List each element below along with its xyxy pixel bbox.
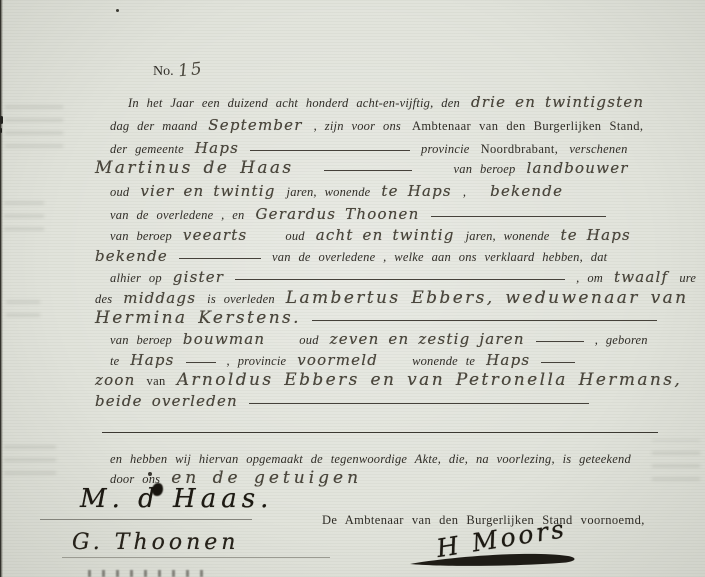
handwritten-entry: bekende [95, 247, 168, 265]
ink-fleck [116, 9, 119, 12]
printed-text: jaren, wonende [287, 185, 371, 199]
section-divider [102, 432, 658, 433]
deed-line: bekende van de overledene , welke aan on… [95, 247, 607, 266]
handwritten-entry: bouwman [183, 330, 265, 348]
handwritten-entry: voormeld [297, 351, 378, 369]
blank-rule [312, 310, 657, 321]
bleedthrough-smudge [4, 200, 44, 230]
printed-text: In het Jaar een duizend acht honderd ach… [128, 96, 460, 110]
blank-rule [235, 269, 565, 280]
binding-nub [0, 116, 3, 124]
blank-rule [249, 393, 589, 404]
clipped-signature-fragment [88, 570, 208, 577]
signature-underline [62, 557, 330, 558]
printed-text: verschenen [569, 142, 627, 156]
deed-line: des middags is overleden Lambertus Ebber… [95, 288, 689, 308]
handwritten-entry: gister [173, 268, 224, 286]
blank-rule [250, 140, 410, 151]
printed-text: des [95, 292, 112, 306]
blank-rule [541, 352, 575, 363]
blank-rule [431, 206, 606, 217]
handwritten-entry: twaalf [614, 268, 668, 286]
blank-rule [536, 331, 584, 342]
printed-text: oud [299, 333, 318, 347]
deed-line: In het Jaar een duizend acht honderd ach… [128, 93, 644, 112]
act-number-value: 15 [177, 59, 205, 82]
printed-text: van de overledene , en [110, 208, 245, 222]
handwritten-entry: Martinus de Haas [95, 158, 294, 178]
closing-line: en hebben wij hiervan opgemaakt de tegen… [110, 450, 631, 468]
printed-text: oud [285, 229, 304, 243]
bleedthrough-smudge [5, 105, 63, 147]
printed-text: dag der maand [110, 119, 197, 133]
deed-line: te Haps , provincie voormeld wonende te … [110, 351, 575, 370]
handwritten-entry: landbouwer [526, 159, 628, 177]
blank-rule [179, 248, 261, 259]
witness-signature-2: G. Thoonen [72, 530, 239, 555]
printed-text: van beroep [110, 333, 172, 347]
printed-text: der gemeente [110, 142, 184, 156]
handwritten-entry: drie en twintigsten [471, 93, 644, 111]
handwritten-entry: veearts [183, 226, 247, 244]
handwritten-entry: Hermina Kerstens. [95, 308, 301, 328]
printed-text: wonende te [412, 354, 475, 368]
printed-text: ure [679, 271, 696, 285]
death-certificate-scan: No.15 In het Jaar een duizend acht honde… [0, 0, 705, 577]
act-number-label: No. [153, 64, 174, 79]
printed-text: oud [110, 185, 129, 199]
signature-underline [40, 519, 252, 520]
printed-text: , geboren [595, 333, 648, 347]
deed-line: van beroep bouwman oud zeven en zestig j… [110, 330, 648, 349]
handwritten-entry: middags [123, 289, 196, 307]
printed-text: en hebben wij hiervan opgemaakt de tegen… [110, 452, 631, 466]
handwritten-entry: acht en twintig [316, 226, 455, 244]
deed-line: zoon van Arnoldus Ebbers en van Petronel… [95, 370, 682, 390]
handwritten-entry: beide overleden [95, 392, 238, 410]
handwritten-entry: vier en twintig [140, 182, 275, 200]
handwritten-entry: Gerardus Thoonen [256, 205, 420, 223]
handwritten-entry: Haps [195, 139, 239, 157]
binding-nub [0, 128, 2, 133]
bleedthrough-smudge [6, 290, 40, 316]
printed-text: Ambtenaar van den Burgerlijken Stand, [412, 119, 643, 133]
ink-swoosh [408, 548, 580, 568]
handwritten-entry: Haps [130, 351, 174, 369]
printed-text: van de overledene , welke aan ons verkla… [272, 250, 607, 264]
printed-text: alhier op [110, 271, 162, 285]
handwritten-entry: zoon [95, 371, 135, 389]
handwritten-entry: bekende [490, 182, 563, 200]
printed-text: van [146, 374, 165, 388]
deed-line: Hermina Kerstens. [95, 308, 657, 328]
blank-rule [186, 352, 216, 363]
signature-text: G. Thoonen [72, 530, 239, 555]
witness-signature-1: M. d Haas. [80, 484, 273, 514]
deed-line: dag der maand September , zijn voor ons … [110, 116, 643, 135]
printed-text: jaren, wonende [466, 229, 550, 243]
bleedthrough-smudge [4, 438, 56, 474]
deed-line: der gemeente Haps provincie Noordbrabant… [110, 139, 628, 158]
deed-line: van de overledene , en Gerardus Thoonen [110, 205, 606, 224]
deed-line: alhier op gister , om twaalf ure [110, 268, 696, 287]
handwritten-entry: te Haps [381, 182, 451, 200]
deed-line: Martinus de Haas van beroep landbouwer [95, 158, 629, 178]
printed-text: , [463, 185, 466, 199]
printed-text: is overleden [207, 292, 275, 306]
handwritten-entry: Lambertus Ebbers, weduwenaar van [286, 288, 689, 308]
handwritten-entry: Arnoldus Ebbers en van Petronella Herman… [177, 370, 682, 390]
handwritten-entry: Haps [486, 351, 530, 369]
act-number: No.15 [153, 60, 203, 80]
deed-line: oud vier en twintig jaren, wonende te Ha… [110, 182, 563, 201]
printed-text: , om [576, 271, 603, 285]
printed-text: , provincie [227, 354, 287, 368]
deed-line: beide overleden [95, 392, 589, 411]
handwritten-entry: September [208, 116, 302, 134]
bleedthrough-smudge [652, 440, 700, 480]
printed-text: van beroep [110, 229, 172, 243]
printed-text: te [110, 354, 119, 368]
blank-rule [324, 160, 412, 171]
printed-text: van beroep [454, 162, 516, 176]
printed-text: provincie [421, 142, 470, 156]
binding-edge [0, 0, 4, 577]
deed-line: van beroep veearts oud acht en twintig j… [110, 226, 631, 245]
handwritten-entry: zeven en zestig jaren [330, 330, 525, 348]
handwritten-entry: te Haps [561, 226, 631, 244]
printed-text: , zijn voor ons [314, 119, 401, 133]
signature-text: M. d Haas. [80, 484, 273, 514]
printed-text: Noordbrabant, [481, 142, 559, 156]
